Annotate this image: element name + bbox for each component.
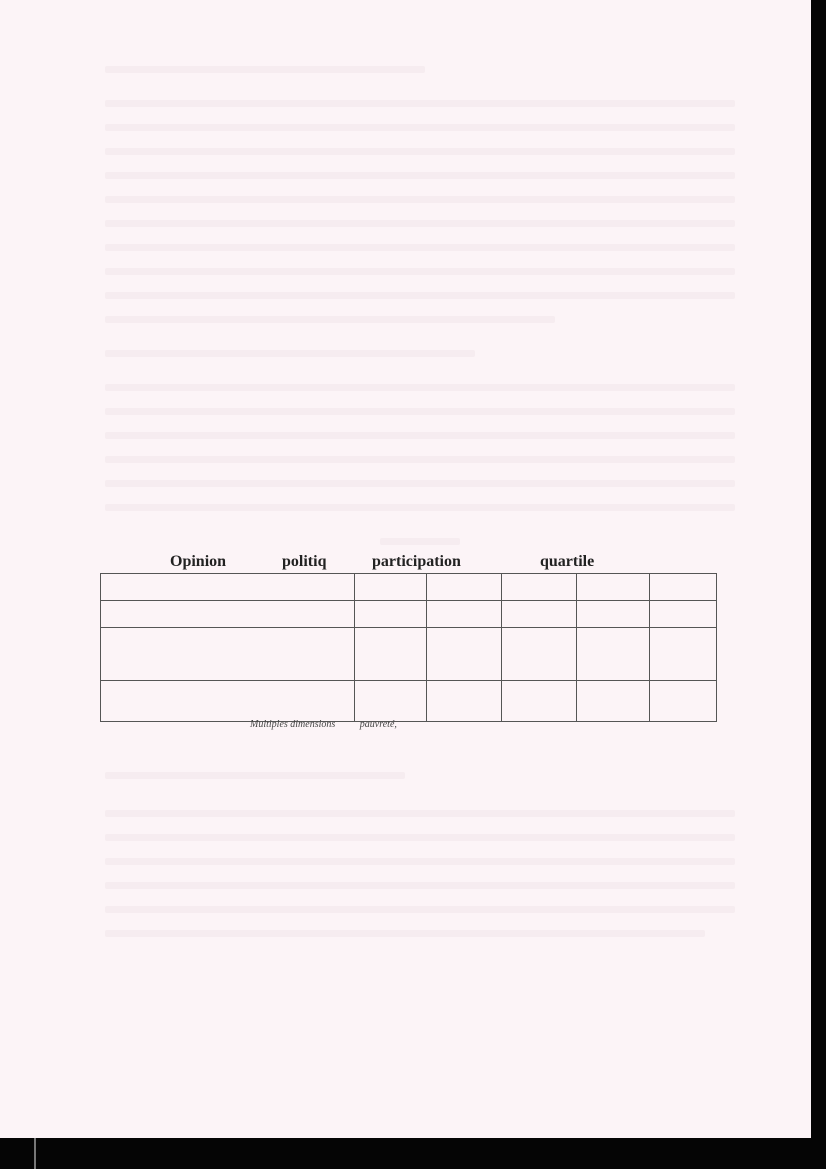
table-row	[101, 628, 717, 681]
heading-fragment: participation	[372, 553, 461, 571]
heading-fragment: Opinion	[170, 553, 226, 571]
scanned-page: Opinion politiq participation quartile M…	[0, 0, 811, 1138]
heading-fragment: quartile	[540, 553, 594, 571]
data-table	[100, 573, 717, 722]
table-caption: Multiples dimensions pauvreté,	[250, 719, 419, 730]
table-row	[101, 681, 717, 722]
table-heading: Opinion politiq participation quartile	[100, 551, 720, 573]
table-row	[101, 574, 717, 601]
caption-fragment: pauvreté,	[360, 719, 397, 730]
caption-fragment: Multiples dimensions	[250, 719, 335, 730]
table-row	[101, 601, 717, 628]
scan-artifact	[34, 1138, 36, 1169]
heading-fragment: politiq	[282, 553, 326, 571]
